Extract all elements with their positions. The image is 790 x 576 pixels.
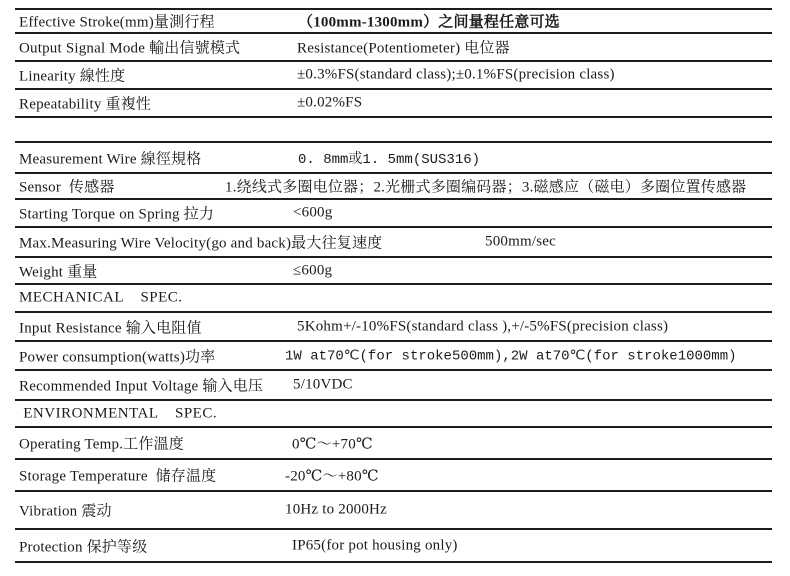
row-value: 1W at70℃(for stroke500mm),2W at70℃(for s… [285, 347, 737, 364]
row-vibration: Vibration 震动 10Hz to 2000Hz [15, 490, 772, 528]
row-output-signal-mode: Output Signal Mode 輸出信號模式 Resistance(Pot… [15, 32, 772, 60]
row-label: Storage Temperature 储存温度 [19, 465, 216, 486]
row-protection: Protection 保护等级 IP65(for pot housing onl… [15, 528, 772, 561]
section-header-label: MECHANICAL SPEC. [19, 290, 183, 307]
row-value: ±0.02%FS [297, 95, 362, 112]
detail-spec-table: Measurement Wire 線徑規格 0. 8mm或1. 5mm(SUS3… [15, 141, 772, 563]
row-label: Effective Stroke(mm)量測行程 [19, 11, 215, 32]
row-value: 5/10VDC [293, 377, 353, 394]
row-label: Operating Temp.工作溫度 [19, 433, 184, 454]
row-value: <600g [293, 205, 332, 222]
row-value: 0. 8mm或1. 5mm(SUS316) [298, 148, 480, 168]
row-label: Starting Torque on Spring 拉力 [19, 203, 214, 224]
row-value: 10Hz to 2000Hz [285, 502, 387, 519]
row-max-wire-velocity: Max.Measuring Wire Velocity(go and back)… [15, 226, 772, 256]
spec-sheet: Effective Stroke(mm)量測行程 （100mm-1300mm）之… [0, 0, 790, 576]
row-storage-temp: Storage Temperature 储存温度 -20℃～+80℃ [15, 458, 772, 490]
row-value: 1.绕线式多圈电位器；2.光栅式多圈编码器；3.磁感应（磁电）多圈位置传感器 [225, 176, 746, 197]
row-operating-temp: Operating Temp.工作溫度 0℃～+70℃ [15, 426, 772, 458]
row-recommended-voltage: Recommended Input Voltage 输入电压 5/10VDC [15, 369, 772, 399]
row-starting-torque: Starting Torque on Spring 拉力 <600g [15, 198, 772, 226]
row-weight: Weight 重量 ≤600g [15, 256, 772, 283]
row-value: 5Kohm+/-10%FS(standard class ),+/-5%FS(p… [297, 318, 668, 335]
row-label: Measurement Wire 線徑規格 [19, 147, 201, 168]
row-value: Resistance(Potentiometer) 电位器 [297, 37, 510, 58]
row-value: -20℃～+80℃ [285, 465, 379, 486]
row-value: 500mm/sec [485, 234, 556, 251]
row-value: ±0.3%FS(standard class);±0.1%FS(precisio… [297, 67, 615, 84]
row-sensor: Sensor 传感器 1.绕线式多圈电位器；2.光栅式多圈编码器；3.磁感应（磁… [15, 172, 772, 198]
row-label: Weight 重量 [19, 260, 98, 281]
row-power-consumption: Power consumption(watts)功率 1W at70℃(for … [15, 340, 772, 369]
row-label: Linearity 線性度 [19, 65, 125, 86]
row-label: Power consumption(watts)功率 [19, 345, 215, 366]
general-spec-table: Effective Stroke(mm)量測行程 （100mm-1300mm）之… [15, 8, 772, 118]
section-header-environmental: ENVIRONMENTAL SPEC. [15, 399, 772, 426]
row-label: Input Resistance 输入电阻值 [19, 316, 202, 337]
row-label: Protection 保护等级 [19, 535, 147, 556]
row-repeatability: Repeatability 重複性 ±0.02%FS [15, 88, 772, 116]
section-header-label: ENVIRONMENTAL SPEC. [19, 405, 217, 422]
row-linearity: Linearity 線性度 ±0.3%FS(standard class);±0… [15, 60, 772, 88]
row-label: Repeatability 重複性 [19, 93, 151, 114]
row-label: Sensor 传感器 [19, 176, 115, 197]
row-value: IP65(for pot housing only) [292, 537, 458, 554]
row-effective-stroke: Effective Stroke(mm)量測行程 （100mm-1300mm）之… [15, 8, 772, 32]
section-header-mechanical: MECHANICAL SPEC. [15, 283, 772, 311]
row-input-resistance: Input Resistance 输入电阻值 5Kohm+/-10%FS(sta… [15, 311, 772, 340]
row-label: Output Signal Mode 輸出信號模式 [19, 37, 240, 58]
row-label: Vibration 震动 [19, 500, 112, 521]
row-value: （100mm-1300mm）之间量程任意可选 [298, 11, 560, 32]
row-value: ≤600g [293, 262, 332, 279]
row-label: Max.Measuring Wire Velocity(go and back)… [19, 232, 382, 253]
row-value: 0℃～+70℃ [292, 433, 373, 454]
row-measurement-wire: Measurement Wire 線徑規格 0. 8mm或1. 5mm(SUS3… [15, 141, 772, 172]
row-label: Recommended Input Voltage 输入电压 [19, 375, 263, 396]
